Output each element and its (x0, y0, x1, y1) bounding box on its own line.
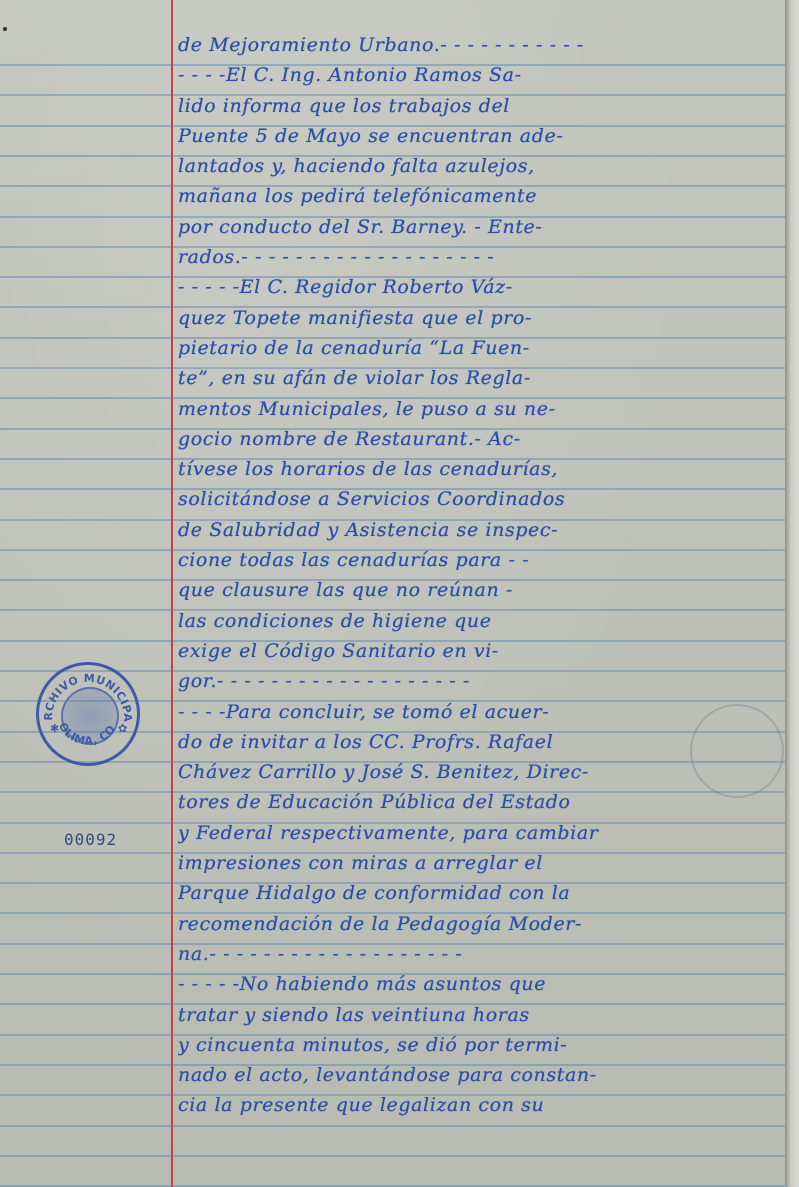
handwritten-line: de Mejoramiento Urbano.- - - - - - - - -… (178, 30, 778, 60)
handwritten-line: cione todas las cenadurías para - - (178, 545, 778, 575)
handwritten-line: lantados y, haciendo falta azulejos, (178, 151, 778, 181)
handwritten-line: pietario de la cenaduría “La Fuen- (178, 333, 778, 363)
handwritten-line: - - - -Para concluir, se tomó el acuer- (178, 697, 778, 727)
stamp-top-text: ARCHIVO MUNICIPAL (36, 662, 134, 722)
handwritten-line: gocio nombre de Restaurant.- Ac- (178, 424, 778, 454)
handwritten-line: nado el acto, levantándose para constan- (178, 1060, 778, 1090)
document-page: de Mejoramiento Urbano.- - - - - - - - -… (0, 0, 785, 1187)
handwritten-line: tívese los horarios de las cenadurías, (178, 454, 778, 484)
stamp-flower-icon: ✿ (118, 722, 128, 735)
page-number: 00092 (64, 830, 117, 849)
handwritten-text: de Mejoramiento Urbano.- - - - - - - - -… (178, 30, 778, 1121)
paper-speck (3, 27, 7, 31)
handwritten-line: cia la presente que legalizan con su (178, 1090, 778, 1120)
handwritten-line: - - - -El C. Ing. Antonio Ramos Sa- (178, 60, 778, 90)
handwritten-line: - - - - -No habiendo más asuntos que (178, 969, 778, 999)
stamp-star-icon: ✱ (50, 722, 60, 735)
handwritten-line: quez Topete manifiesta que el pro- (178, 303, 778, 333)
handwritten-line: exige el Código Sanitario en vi- (178, 636, 778, 666)
page-edge (785, 0, 799, 1187)
handwritten-line: de Salubridad y Asistencia se inspec- (178, 515, 778, 545)
handwritten-line: y Federal respectivamente, para cambiar (178, 818, 778, 848)
handwritten-line: gor.- - - - - - - - - - - - - - - - - - … (178, 666, 778, 696)
handwritten-line: que clausure las que no reúnan - (178, 575, 778, 605)
handwritten-line: mentos Municipales, le puso a su ne- (178, 394, 778, 424)
handwritten-line: do de invitar a los CC. Profrs. Rafael (178, 727, 778, 757)
archive-stamp: ARCHIVO MUNICIPAL COLIMA, COL. ✱ ✿ (36, 662, 140, 766)
svg-text:ARCHIVO MUNICIPAL: ARCHIVO MUNICIPAL (36, 662, 134, 722)
handwritten-line: las condiciones de higiene que (178, 606, 778, 636)
faint-stamp-impression (690, 704, 784, 798)
handwritten-line: recomendación de la Pedagogía Moder- (178, 909, 778, 939)
handwritten-line: mañana los pedirá telefónicamente (178, 181, 778, 211)
handwritten-line: Parque Hidalgo de conformidad con la (178, 878, 778, 908)
handwritten-line: por conducto del Sr. Barney. - Ente- (178, 212, 778, 242)
stamp-text-ring: ARCHIVO MUNICIPAL COLIMA, COL. ✱ ✿ (36, 662, 140, 766)
handwritten-line: Chávez Carrillo y José S. Benitez, Direc… (178, 757, 778, 787)
handwritten-line: impresiones con miras a arreglar el (178, 848, 778, 878)
handwritten-line: tratar y siendo las veintiuna horas (178, 1000, 778, 1030)
handwritten-line: na.- - - - - - - - - - - - - - - - - - - (178, 939, 778, 969)
ruled-line (0, 1155, 785, 1157)
ruled-line (0, 1125, 785, 1127)
handwritten-line: rados.- - - - - - - - - - - - - - - - - … (178, 242, 778, 272)
handwritten-line: y cincuenta minutos, se dió por termi- (178, 1030, 778, 1060)
handwritten-line: solicitándose a Servicios Coordinados (178, 484, 778, 514)
handwritten-line: - - - - -El C. Regidor Roberto Váz- (178, 272, 778, 302)
handwritten-line: tores de Educación Pública del Estado (178, 787, 778, 817)
handwritten-line: Puente 5 de Mayo se encuentran ade- (178, 121, 778, 151)
handwritten-line: lido informa que los trabajos del (178, 91, 778, 121)
margin-line (171, 0, 173, 1187)
handwritten-line: te”, en su afán de violar los Regla- (178, 363, 778, 393)
